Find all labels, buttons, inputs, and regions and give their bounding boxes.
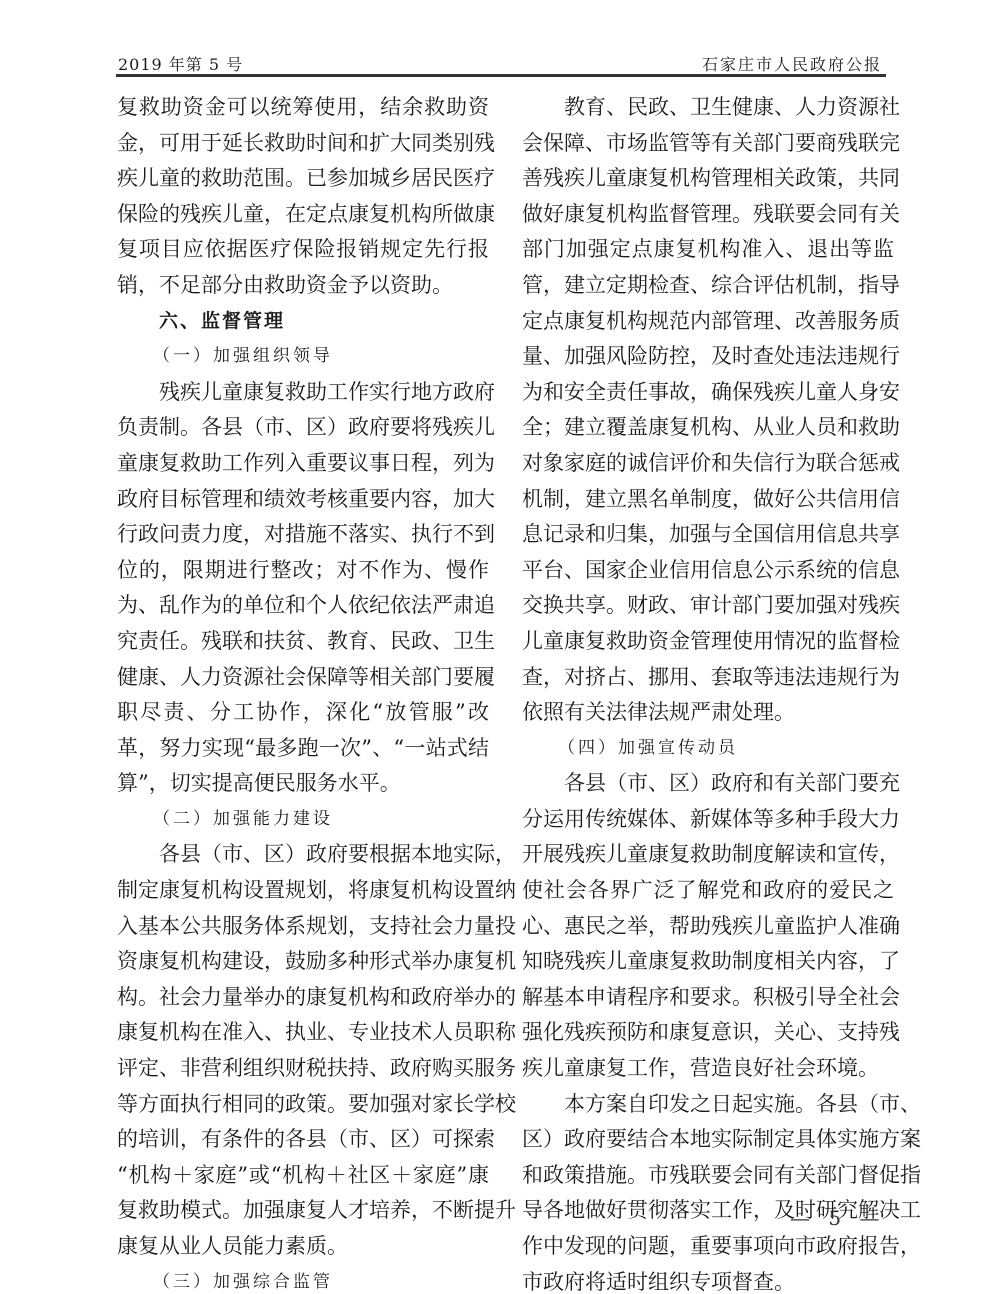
text-line: 童康复救助工作列入重要议事日程，列为 (117, 446, 489, 482)
text-line: 构。社会力量举办的康复机构和政府举办的 (117, 980, 489, 1016)
text-line: 知晓残疾儿童康复救助制度相关内容，了 (522, 944, 894, 980)
paragraph-start: 本方案自印发之日起实施。各县（市、 (522, 1087, 894, 1123)
subsection-heading: （一）加强组织领导 (117, 339, 489, 375)
publication-title: 石家庄市人民政府公报 (702, 52, 882, 75)
text-line: 开展残疾儿童康复救助制度解读和宣传， (522, 837, 894, 873)
text-line: 职尽责、分工协作，深化“放管服”改 (117, 695, 489, 731)
paragraph-end: 依照有关法律法规严肃处理。 (522, 695, 894, 731)
text-line: 疾儿童的救助范围。已参加城乡居民医疗 (117, 161, 489, 197)
text-line: 复项目应依据医疗保险报销规定先行报 (117, 232, 489, 268)
text-line: 对象家庭的诚信评价和失信行为联合惩戒 (522, 446, 894, 482)
text-line: 做好康复机构监督管理。残联要会同有关 (522, 197, 894, 233)
text-line: 量、加强风险防控，及时查处违法违规行 (522, 339, 894, 375)
right-column: 教育、民政、卫生健康、人力资源社会保障、市场监管等有关部门要商残联完善残疾儿童康… (522, 90, 894, 1294)
text-line: 复救助模式。加强康复人才培养，不断提升 (117, 1193, 489, 1229)
text-line: 政府目标管理和绩效考核重要内容，加大 (117, 482, 489, 518)
text-line: 交换共享。财政、审计部门要加强对残疾 (522, 588, 894, 624)
text-line: “机构＋家庭”或“机构＋社区＋家庭”康 (117, 1158, 489, 1194)
paragraph-start: 各县（市、区）政府和有关部门要充 (522, 766, 894, 802)
text-line: 评定、非营利组织财税扶持、政府购买服务 (117, 1051, 489, 1087)
page-number: — 5 — (790, 1206, 885, 1230)
text-line: 行政问责力度，对措施不落实、执行不到 (117, 517, 489, 553)
text-line: 定点康复机构规范内部管理、改善服务质 (522, 304, 894, 340)
text-line: 查，对挤占、挪用、套取等违法违规行为 (522, 660, 894, 696)
left-column: 复救助资金可以统筹使用，结余救助资金，可用于延长救助时间和扩大同类别残疾儿童的救… (117, 90, 489, 1294)
text-line: 为和安全责任事故，确保残疾儿童人身安 (522, 375, 894, 411)
text-line: 的培训，有条件的各县（市、区）可探索 (117, 1122, 489, 1158)
text-line: 为、乱作为的单位和个人依纪依法严肃追 (117, 588, 489, 624)
text-line: 心、惠民之举，帮助残疾儿童监护人准确 (522, 909, 894, 945)
text-line: 作中发现的问题，重要事项向市政府报告， (522, 1229, 894, 1265)
text-line: 善残疾儿童康复机构管理相关政策，共同 (522, 161, 894, 197)
text-line: 康复机构在准入、执业、专业技术人员职称 (117, 1015, 489, 1051)
text-line: 革，努力实现“最多跑一次”、“一站式结 (117, 731, 489, 767)
text-line: 平台、国家企业信用信息公示系统的信息 (522, 553, 894, 589)
section-heading: 六、监督管理 (117, 304, 489, 340)
text-line: 入基本公共服务体系规划，支持社会力量投 (117, 909, 489, 945)
subsection-heading: （三）加强综合监管 (117, 1265, 489, 1294)
text-line: 儿童康复救助资金管理使用情况的监督检 (522, 624, 894, 660)
text-line: 制定康复机构设置规划，将康复机构设置纳 (117, 873, 489, 909)
page-header: 2019 年第 5 号 石家庄市人民政府公报 (116, 46, 886, 76)
text-line: 区）政府要结合本地实际制定具体实施方案 (522, 1122, 894, 1158)
paragraph-end: 销，不足部分由救助资金予以资助。 (117, 268, 489, 304)
text-line: 健康、人力资源社会保障等相关部门要履 (117, 660, 489, 696)
text-line: 会保障、市场监管等有关部门要商残联完 (522, 126, 894, 162)
subsection-heading: （二）加强能力建设 (117, 802, 489, 838)
paragraph-end: 疾儿童康复工作，营造良好社会环境。 (522, 1051, 894, 1087)
text-line: 金，可用于延长救助时间和扩大同类别残 (117, 126, 489, 162)
text-line: 资康复机构建设，鼓励多种形式举办康复机 (117, 944, 489, 980)
text-line: 负责制。各县（市、区）政府要将残疾儿 (117, 410, 489, 446)
text-line: 强化残疾预防和康复意识，关心、支持残 (522, 1015, 894, 1051)
text-line: 息记录和归集，加强与全国信用信息共享 (522, 517, 894, 553)
text-line: 等方面执行相同的政策。要加强对家长学校 (117, 1087, 489, 1123)
text-line: 和政策措施。市残联要会同有关部门督促指 (522, 1158, 894, 1194)
text-line: 机制，建立黑名单制度，做好公共信用信 (522, 482, 894, 518)
text-line: 管，建立定期检查、综合评估机制，指导 (522, 268, 894, 304)
paragraph-end: 康复从业人员能力素质。 (117, 1229, 489, 1265)
header-rule (116, 74, 886, 77)
text-line: 解基本申请程序和要求。积极引导全社会 (522, 980, 894, 1016)
text-line: 部门加强定点康复机构准入、退出等监 (522, 232, 894, 268)
text-line: 究责任。残联和扶贫、教育、民政、卫生 (117, 624, 489, 660)
text-line: 保险的残疾儿童，在定点康复机构所做康 (117, 197, 489, 233)
text-line: 位的，限期进行整改；对不作为、慢作 (117, 553, 489, 589)
paragraph-end: 市政府将适时组织专项督查。 (522, 1265, 894, 1294)
issue-label: 2019 年第 5 号 (118, 52, 243, 75)
paragraph-start: 残疾儿童康复救助工作实行地方政府 (117, 375, 489, 411)
paragraph-start: 教育、民政、卫生健康、人力资源社 (522, 90, 894, 126)
text-line: 使社会各界广泛了解党和政府的爱民之 (522, 873, 894, 909)
subsection-heading: （四）加强宣传动员 (522, 731, 894, 767)
text-line: 复救助资金可以统筹使用，结余救助资 (117, 90, 489, 126)
text-line: 全；建立覆盖康复机构、从业人员和救助 (522, 410, 894, 446)
paragraph-start: 各县（市、区）政府要根据本地实际， (117, 837, 489, 873)
text-line: 分运用传统媒体、新媒体等多种手段大力 (522, 802, 894, 838)
paragraph-end: 算”，切实提高便民服务水平。 (117, 766, 489, 802)
